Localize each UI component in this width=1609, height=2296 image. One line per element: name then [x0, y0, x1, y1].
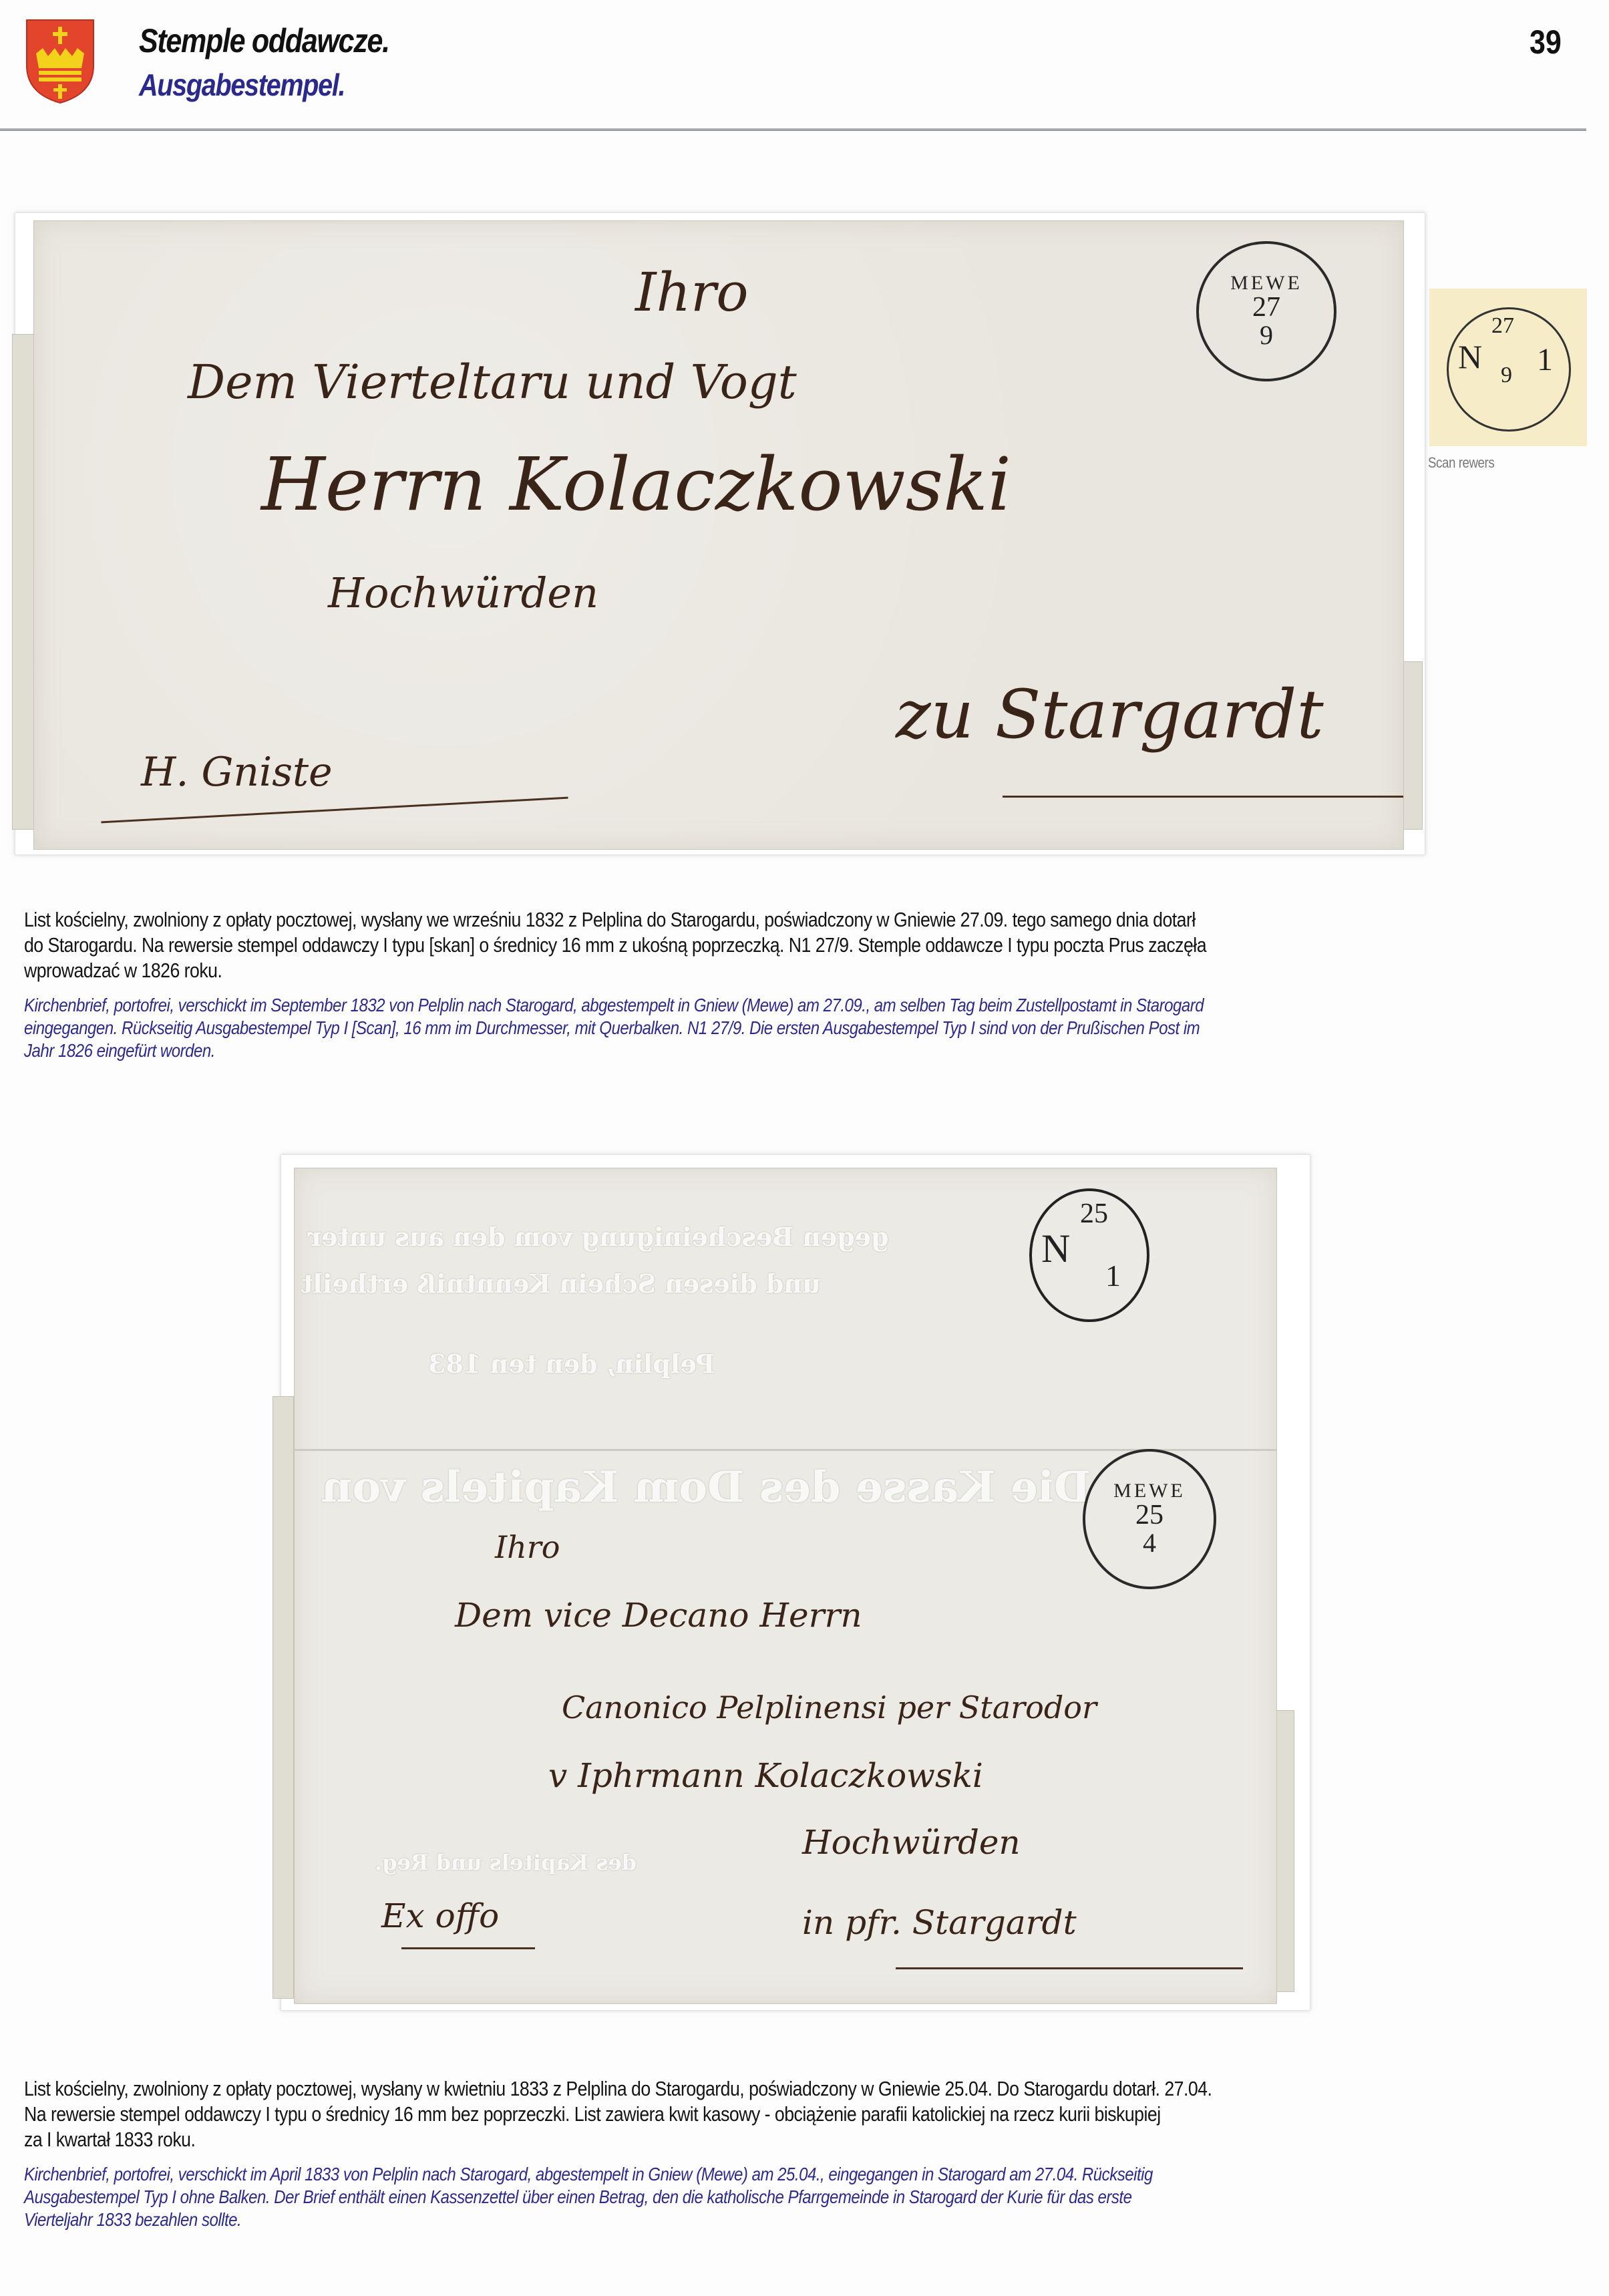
ghost-print-line: und diesen Schein Kenntniß ertheilt — [301, 1269, 821, 1299]
address-line: Ihro — [635, 261, 749, 323]
envelope-side-flap — [1401, 661, 1423, 830]
underline-stroke — [401, 1947, 535, 1949]
mewe-postmark: MEWE 25 4 — [1083, 1449, 1216, 1589]
caption-german: Kirchenbrief, portofrei, verschickt im A… — [24, 2163, 1546, 2231]
reverse-scan-image: 27 N 9 1 — [1429, 289, 1587, 446]
ghost-print-line: gegen Bescheinigung vom den aus unter — [308, 1222, 888, 1252]
ghost-print-line: Die Kasse des Dom Kapitels von — [321, 1462, 1091, 1512]
letter-2-sheet: gegen Bescheinigung vom den aus unter un… — [294, 1168, 1277, 2004]
letter-side-flap — [273, 1396, 294, 1999]
arrival-postmark-scan: 27 N 9 1 — [1447, 307, 1571, 432]
scan-caption: Scan rewers — [1428, 454, 1494, 472]
page-number: 39 — [1530, 23, 1562, 61]
address-line: Ihro — [495, 1529, 560, 1565]
mewe-postmark: MEWE 27 9 — [1196, 241, 1336, 381]
sender-note: Ex offo — [381, 1897, 499, 1935]
header-divider — [0, 128, 1586, 131]
sender-note: H. Gniste — [141, 749, 333, 796]
letter-1-envelope: Ihro Dem Vierteltaru und Vogt Herrn Kola… — [33, 220, 1404, 850]
address-line: Hochwürden — [328, 568, 598, 617]
caption-german: Kirchenbrief, portofrei, verschickt im S… — [24, 994, 1546, 1062]
underline-stroke — [101, 797, 568, 824]
coat-of-arms-crown-icon — [25, 19, 95, 104]
address-line: zu Stargardt — [896, 675, 1324, 754]
caption-polish: List kościelny, zwolniony z opłaty poczt… — [24, 907, 1546, 983]
address-line: in pfr. Stargardt — [802, 1903, 1077, 1942]
address-line: v Iphrmann Kolaczkowski — [548, 1756, 983, 1795]
address-line: Canonico Pelplinensi per Starodor — [562, 1689, 1097, 1726]
address-line: Hochwürden — [802, 1823, 1021, 1862]
address-line: Dem Vierteltaru und Vogt — [188, 355, 797, 409]
page-title: Stemple oddawcze. — [139, 21, 389, 60]
underline-stroke — [1003, 796, 1403, 798]
address-line: Dem vice Decano Herrn — [455, 1596, 862, 1635]
fold-line — [295, 1449, 1276, 1451]
arrival-postmark: N 25 1 — [1029, 1188, 1149, 1322]
address-line: Herrn Kolaczkowski — [261, 442, 1011, 527]
page-subtitle: Ausgabestempel. — [139, 67, 345, 103]
caption-polish: List kościelny, zwolniony z opłaty poczt… — [24, 2076, 1546, 2152]
ghost-print-line: des Kapitels und Reg. — [375, 1850, 637, 1875]
ghost-print-line: Pelplin, den ten 183 — [428, 1349, 715, 1379]
underline-stroke — [896, 1967, 1243, 1969]
